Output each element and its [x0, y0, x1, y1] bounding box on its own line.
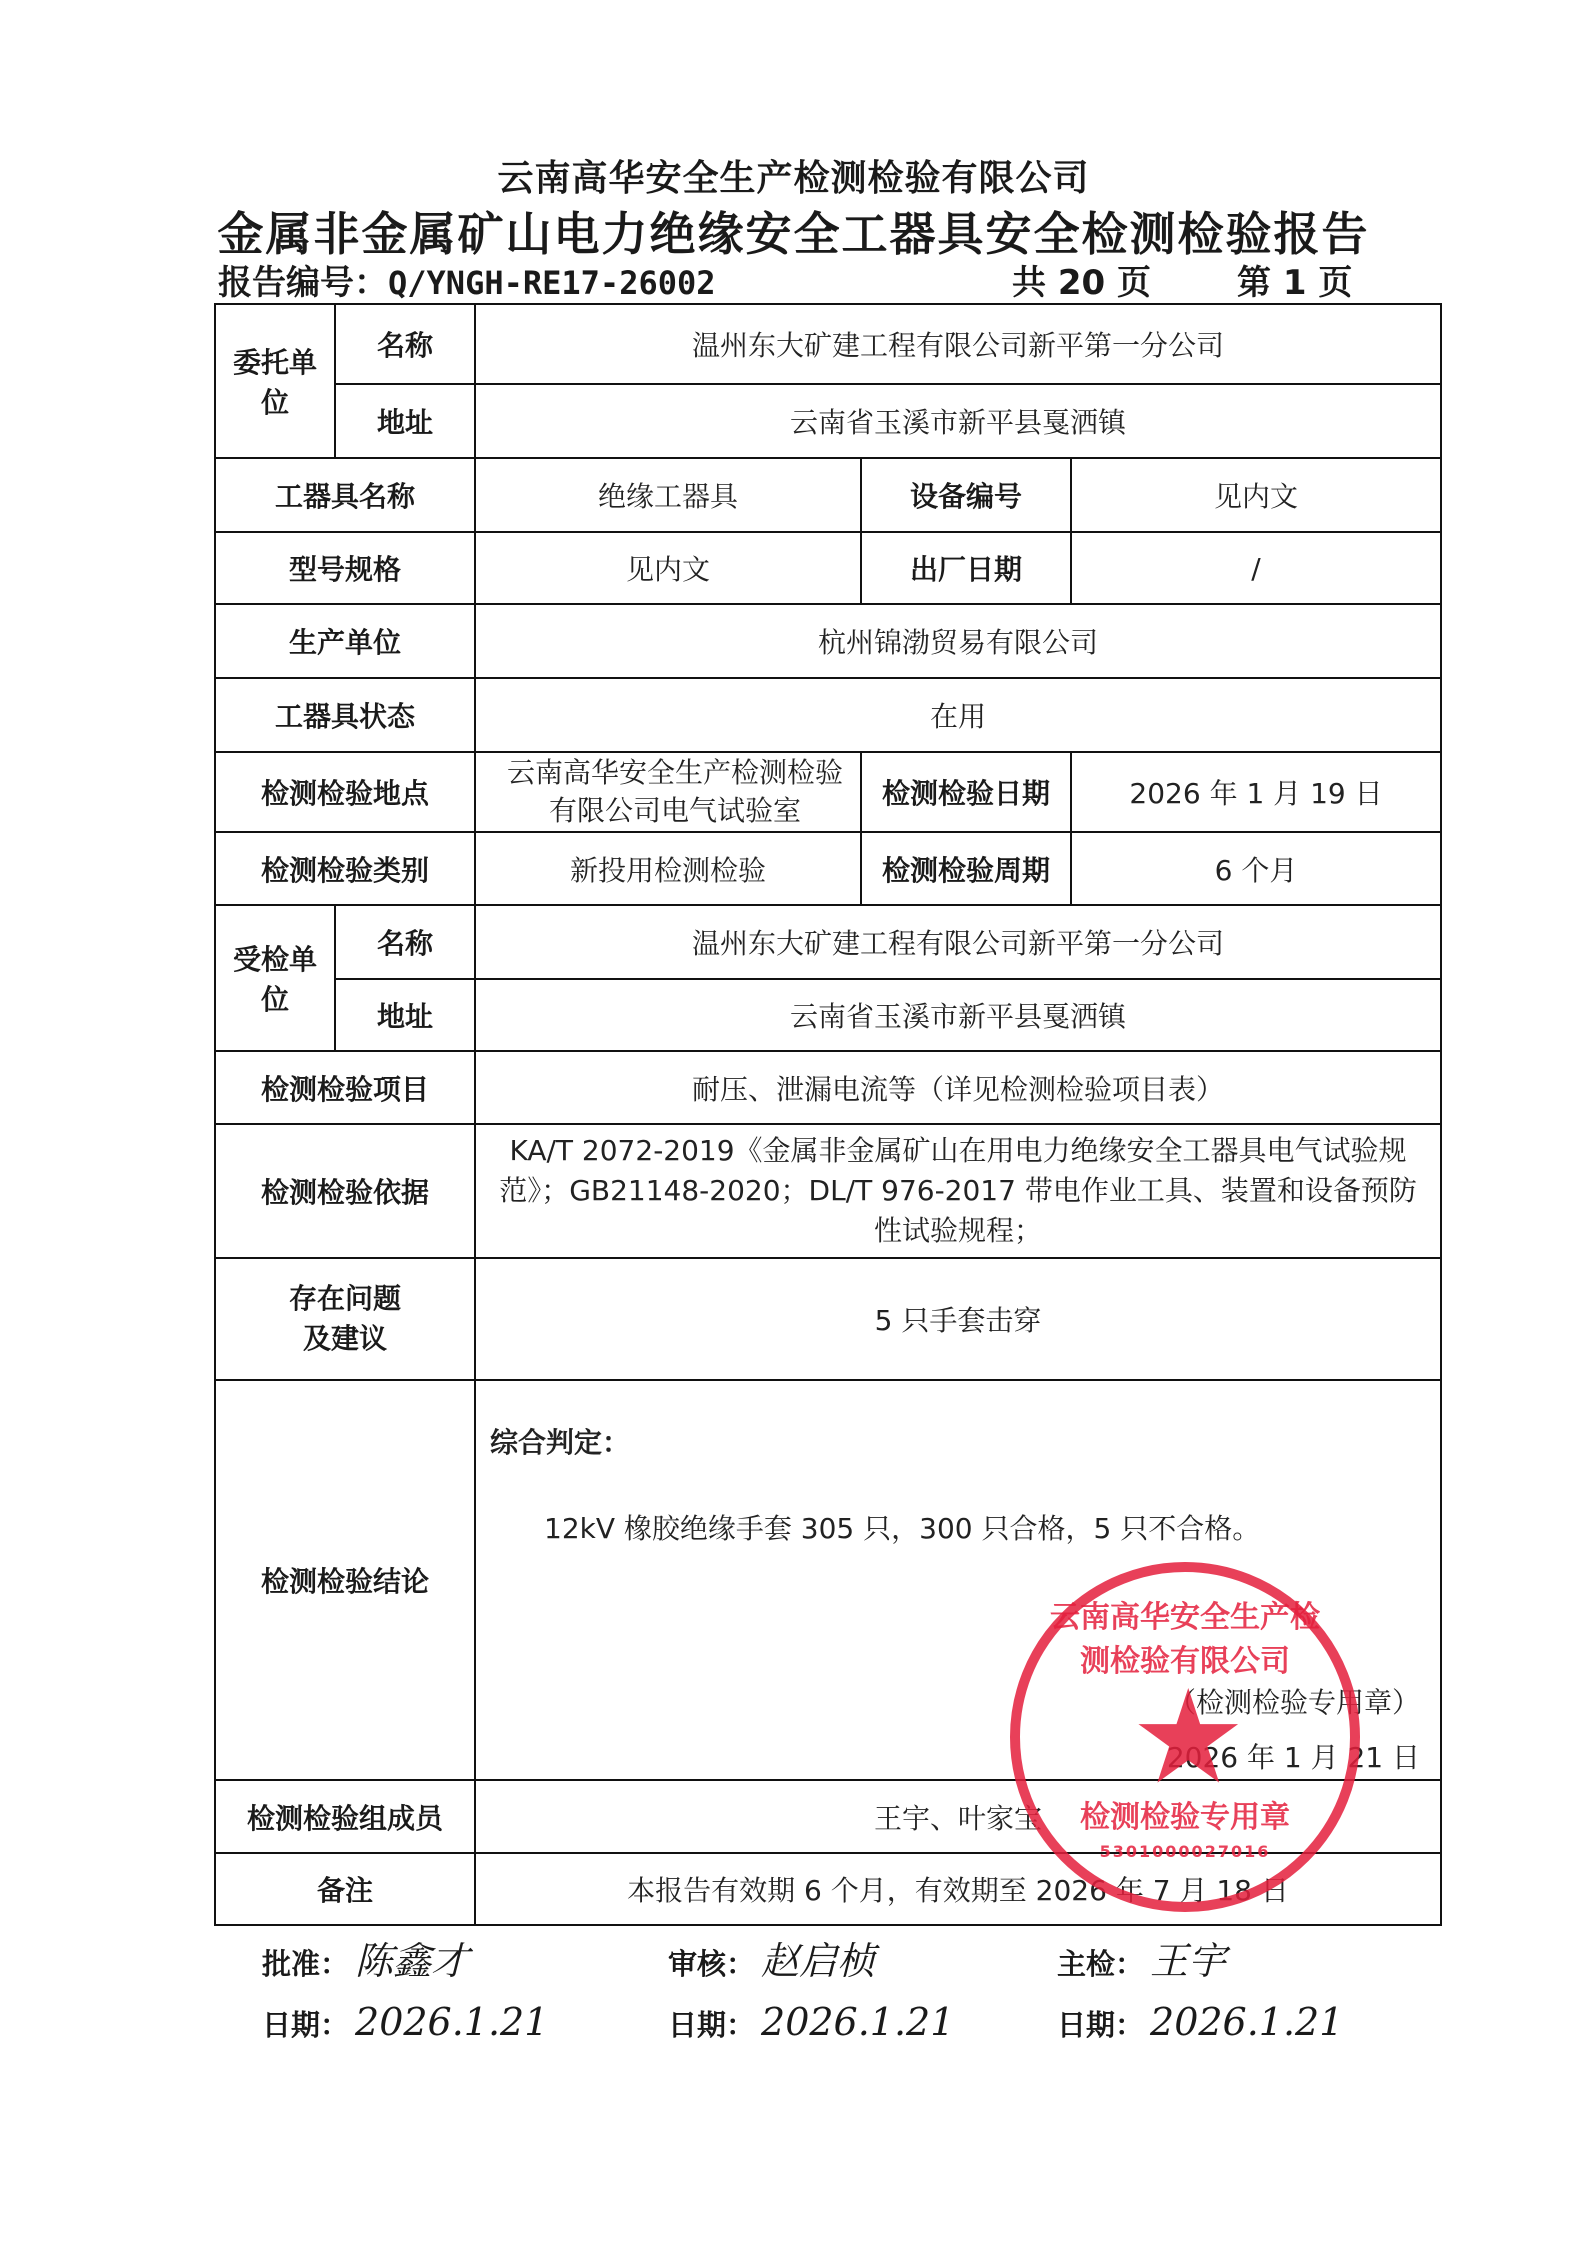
- period-label: 检测检验周期: [861, 832, 1071, 905]
- review-date-label: 日期：: [668, 2008, 755, 2042]
- report-number-value: Q/YNGH-RE17-26002: [388, 264, 716, 302]
- category-label: 检测检验类别: [215, 832, 475, 905]
- device-no: 见内文: [1071, 458, 1441, 532]
- model-label: 型号规格: [215, 532, 475, 604]
- client-address-label: 地址: [335, 384, 475, 458]
- basis-label: 检测检验依据: [215, 1124, 475, 1258]
- model: 见内文: [475, 532, 861, 604]
- inspected-address: 云南省玉溪市新平县戛洒镇: [475, 979, 1441, 1051]
- tool-status: 在用: [475, 678, 1441, 752]
- client-name: 温州东大矿建工程有限公司新平第一分公司: [475, 304, 1441, 384]
- inspected-name-label: 名称: [335, 905, 475, 979]
- location: 云南高华安全生产检测检验有限公司电气试验室: [475, 752, 861, 832]
- basis-value: KA/T 2072-2019《金属非金属矿山在用电力绝缘安全工器具电气试验规范》…: [475, 1124, 1441, 1258]
- company-name: 云南高华安全生产检测检验有限公司: [0, 150, 1587, 201]
- inspection-date-label: 检测检验日期: [861, 752, 1071, 832]
- mfg-date-label: 出厂日期: [861, 532, 1071, 604]
- client-address: 云南省玉溪市新平县戛洒镇: [475, 384, 1441, 458]
- issues-value: 5 只手套击穿: [475, 1258, 1441, 1380]
- client-name-label: 名称: [335, 304, 475, 384]
- page-indicator: 共 20 页第 1 页: [1012, 255, 1360, 304]
- approve-signature: 批准：陈鑫才: [262, 1930, 469, 1985]
- tool-name-label: 工器具名称: [215, 458, 475, 532]
- inspector-label: 主检：: [1057, 1947, 1144, 1981]
- review-date: 日期：2026.1.21: [668, 2000, 954, 2044]
- location-label: 检测检验地点: [215, 752, 475, 832]
- tool-status-label: 工器具状态: [215, 678, 475, 752]
- mfg-date: /: [1071, 532, 1441, 604]
- report-number-label: 报告编号：: [218, 263, 388, 303]
- report-number: 报告编号：Q/YNGH-RE17-26002: [218, 255, 716, 304]
- manufacturer: 杭州锦渤贸易有限公司: [475, 604, 1441, 678]
- approve-date: 日期：2026.1.21: [262, 2000, 548, 2044]
- members-value: 王宇、叶家宝: [475, 1780, 1441, 1853]
- approve-sign: 陈鑫才: [355, 1939, 469, 1983]
- inspector-date-value: 2026.1.21: [1150, 2000, 1343, 2044]
- client-group-label: 委托单位: [215, 304, 335, 458]
- inspector-date: 日期：2026.1.21: [1057, 2000, 1343, 2044]
- approve-date-value: 2026.1.21: [355, 2000, 548, 2044]
- report-table: 委托单位 名称 温州东大矿建工程有限公司新平第一分公司 地址 云南省玉溪市新平县…: [214, 303, 1442, 1926]
- device-no-label: 设备编号: [861, 458, 1071, 532]
- conclusion-cell: 综合判定： 12kV 橡胶绝缘手套 305 只，300 只合格，5 只不合格。 …: [475, 1380, 1441, 1780]
- category: 新投用检测检验: [475, 832, 861, 905]
- judgement-label: 综合判定：: [490, 1421, 1432, 1461]
- issues-label: 存在问题及建议: [215, 1258, 475, 1380]
- items-label: 检测检验项目: [215, 1051, 475, 1124]
- remarks-value: 本报告有效期 6 个月，有效期至 2026 年 7 月 18 日: [475, 1853, 1441, 1925]
- approve-label: 批准：: [262, 1947, 349, 1981]
- items-value: 耐压、泄漏电流等（详见检测检验项目表）: [475, 1051, 1441, 1124]
- seal-date: 2026 年 1 月 21 日: [1167, 1736, 1420, 1776]
- conclusion-text: 12kV 橡胶绝缘手套 305 只，300 只合格，5 只不合格。: [544, 1507, 1432, 1547]
- seal-label: （检测检验专用章）: [1168, 1681, 1420, 1721]
- inspector-date-label: 日期：: [1057, 2008, 1144, 2042]
- total-pages: 共 20 页: [1012, 263, 1151, 303]
- review-sign: 赵启桢: [761, 1939, 875, 1983]
- review-date-value: 2026.1.21: [761, 2000, 954, 2044]
- review-label: 审核：: [668, 1947, 755, 1981]
- inspected-unit-group-label: 受检单位: [215, 905, 335, 1051]
- inspector-signature: 主检：王宇: [1057, 1930, 1226, 1985]
- remarks-label: 备注: [215, 1853, 475, 1925]
- inspection-date: 2026 年 1 月 19 日: [1071, 752, 1441, 832]
- inspected-address-label: 地址: [335, 979, 475, 1051]
- review-signature: 审核：赵启桢: [668, 1930, 875, 1985]
- period: 6 个月: [1071, 832, 1441, 905]
- members-label: 检测检验组成员: [215, 1780, 475, 1853]
- approve-date-label: 日期：: [262, 2008, 349, 2042]
- current-page: 第 1 页: [1237, 263, 1352, 303]
- inspector-sign: 王宇: [1150, 1939, 1226, 1983]
- tool-name: 绝缘工器具: [475, 458, 861, 532]
- manufacturer-label: 生产单位: [215, 604, 475, 678]
- inspected-name: 温州东大矿建工程有限公司新平第一分公司: [475, 905, 1441, 979]
- conclusion-label: 检测检验结论: [215, 1380, 475, 1780]
